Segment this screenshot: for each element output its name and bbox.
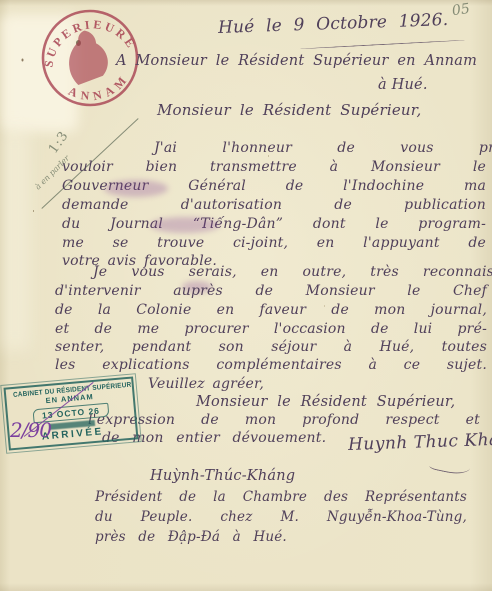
address-line: Président de la Chambre des Représentant… bbox=[95, 489, 467, 505]
salutation: Monsieur le Résident Supérieur, bbox=[157, 101, 421, 119]
para2-line: de la Colonie en faveur de mon journal, bbox=[55, 301, 487, 320]
para1-line: demande d'autorisation de publication bbox=[62, 196, 486, 215]
closing-line: Monsieur le Résident Supérieur, bbox=[196, 393, 455, 412]
para1-line: J'ai l'honneur de vous prier de bbox=[62, 139, 492, 158]
closing-line: l'expression de mon profond respect et bbox=[88, 411, 480, 430]
recipient-line-2: à Hué. bbox=[378, 77, 428, 93]
para2-line: Je vous serais, en outre, très reconnais… bbox=[55, 263, 492, 282]
address-line: du Peuple. chez M. Nguyễn-Khoa-Tùng, bbox=[95, 509, 467, 525]
para2-line: senter, pendant son séjour à Hué, toutes bbox=[55, 338, 487, 357]
address-line: près de Đập-Đá à Hué. bbox=[95, 529, 287, 545]
ink-smudge bbox=[150, 217, 220, 233]
para1-line: du Journal “Tiếng-Dân” dont le program- bbox=[62, 215, 486, 234]
para2-line: et de me procurer l'occasion de lui pré- bbox=[55, 320, 487, 339]
closing-line: Veuillez agréer, bbox=[148, 375, 264, 394]
washed-strip bbox=[0, 130, 30, 350]
para1-line: me se trouve ci-joint, en l'appuyant de bbox=[62, 234, 486, 253]
recipient-line-1: A Monsieur le Résident Supérieur en Anna… bbox=[116, 53, 477, 69]
para1-line: vouloir bien transmettre à Monsieur le bbox=[62, 158, 486, 177]
page-number-pencil: 05 bbox=[451, 1, 471, 19]
address-line: Huỳnh-Thúc-Kháng bbox=[150, 468, 295, 484]
para2-line: d'intervenir auprès de Monsieur le Chef bbox=[55, 282, 487, 301]
para2-line: les explications complémentaires à ce su… bbox=[55, 356, 487, 375]
ink-smudge bbox=[104, 180, 168, 197]
